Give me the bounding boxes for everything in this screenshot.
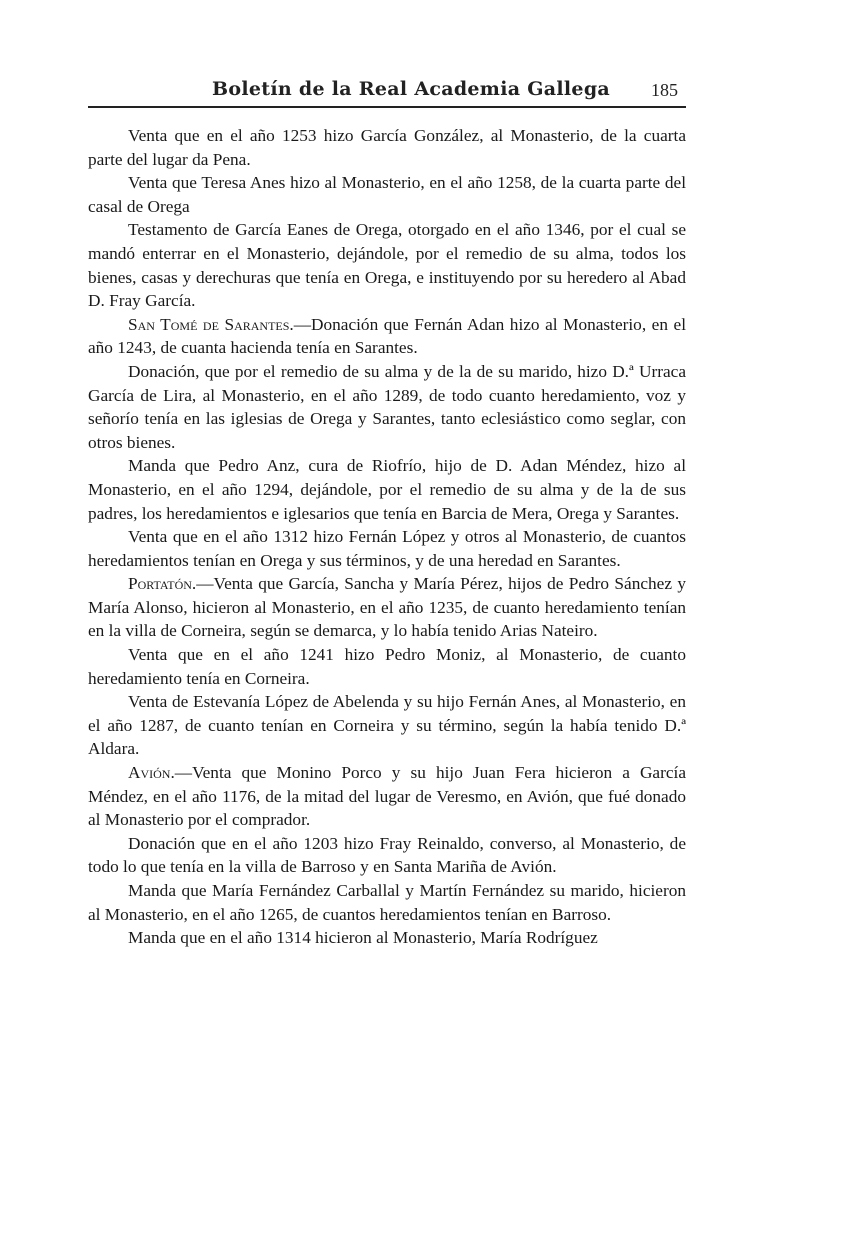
paragraph: Venta que en el año 1241 hizo Pedro Moni… [88, 643, 686, 690]
journal-title: Boletín de la Real Academia Gallega [212, 78, 610, 100]
paragraph: Venta de Estevanía López de Abelenda y s… [88, 690, 686, 761]
body-text: Venta que en el año 1253 hizo García Gon… [88, 124, 686, 950]
document-page: Boletín de la Real Academia Gallega 185 … [88, 72, 686, 950]
paragraph: Donación que en el año 1203 hizo Fray Re… [88, 832, 686, 879]
paragraph: Testamento de García Eanes de Orega, oto… [88, 218, 686, 312]
section-heading: San Tomé de Sarantes. [128, 315, 294, 334]
page-number: 185 [651, 80, 678, 101]
paragraph-section-portaton: Portatón.—Venta que García, Sancha y Mar… [88, 572, 686, 643]
running-header: Boletín de la Real Academia Gallega 185 [88, 72, 686, 108]
paragraph: Manda que Pedro Anz, cura de Riofrío, hi… [88, 454, 686, 525]
paragraph: Manda que María Fernández Carballal y Ma… [88, 879, 686, 926]
paragraph: Venta que en el año 1312 hizo Fernán Lóp… [88, 525, 686, 572]
section-heading: Avión. [128, 763, 175, 782]
paragraph-section-san-tome: San Tomé de Sarantes.—Donación que Ferná… [88, 313, 686, 360]
section-heading: Portatón. [128, 574, 196, 593]
paragraph: Donación, que por el remedio de su alma … [88, 360, 686, 454]
paragraph: Manda que en el año 1314 hicieron al Mon… [88, 926, 686, 950]
paragraph: Venta que en el año 1253 hizo García Gon… [88, 124, 686, 171]
paragraph-section-avion: Avión.—Venta que Monino Porco y su hijo … [88, 761, 686, 832]
paragraph: Venta que Teresa Anes hizo al Monasterio… [88, 171, 686, 218]
